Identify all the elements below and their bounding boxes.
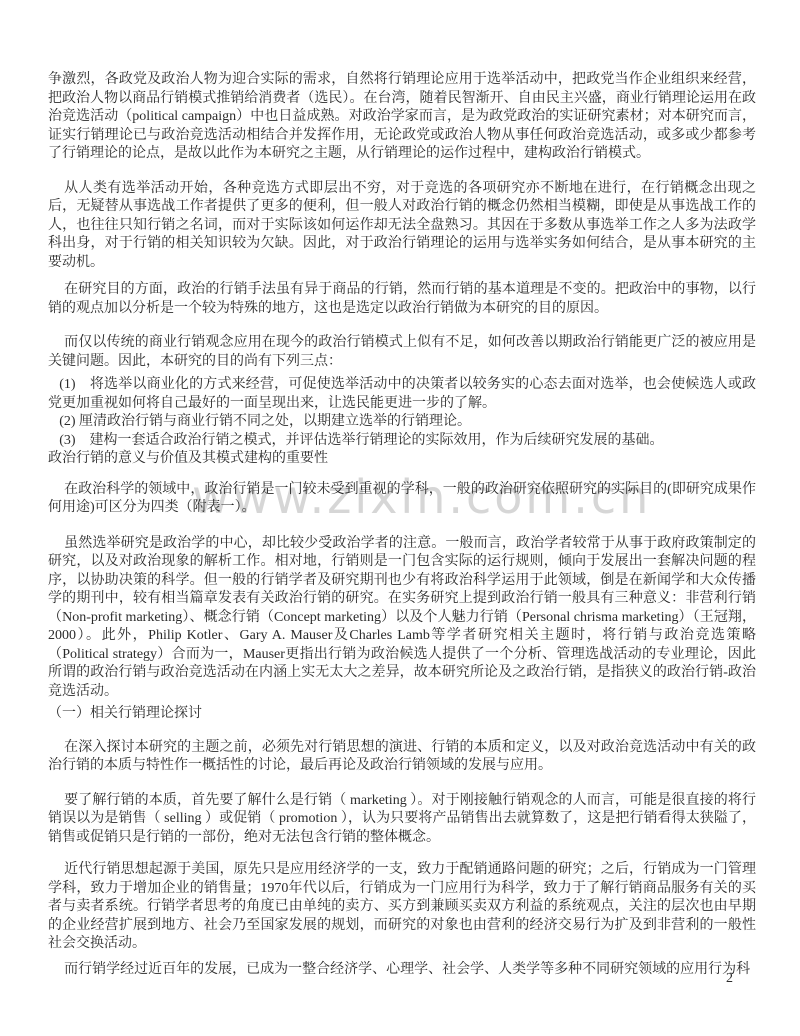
paragraph: 在政治科学的领域中，政治行销是一门较未受到重视的学科，一般的政治研究依照研究的实… [48, 481, 756, 518]
paragraph: 而行销学经过近百年的发展，已成为一整合经济学、心理学、社会学、人类学等多种不同研… [48, 961, 756, 980]
list-item: (2) 厘清政治行销与商业行销不同之处，以期建立选举的行销理论。 [48, 413, 756, 432]
list-item: (3) 建构一套适合政治行销之模式，并评估选举行销理论的实际效用，作为后续研究发… [48, 432, 756, 451]
paragraph: 而仅以传统的商业行销观念应用在现今的政治行销模式上似有不足，如何改善以期政治行销… [48, 334, 756, 371]
paragraph: 近代行销思想起源于美国，原先只是应用经济学的一支，致力于配销通路问题的研究；之后… [48, 861, 756, 954]
section-heading: 政治行销的意义与价值及其模式建构的重要性 [48, 450, 756, 469]
paragraph: 在深入探讨本研究的主题之前，必须先对行销思想的演进、行销的本质和定义，以及对政治… [48, 739, 756, 776]
paragraph: 从人类有选举活动开始，各种竞选方式即层出不穷，对于竞选的各项研究亦不断地在进行，… [48, 180, 756, 273]
paragraph: 争激烈，各政党及政治人物为迎合实际的需求，自然将行销理论应用于选举活动中，把政党… [48, 71, 756, 164]
document-page: www.zixin.com.cn 争激烈，各政党及政治人物为迎合实际的需求，自然… [0, 0, 800, 1036]
paragraph: 虽然选举研究是政治学的中心，却比较少受政治学者的注意。一般而言，政治学者较常于从… [48, 535, 756, 702]
list-item: (1) 将选举以商业化的方式来经营，可促使选举活动中的决策者以较务实的心态去面对… [48, 376, 756, 413]
subsection-heading: （一）相关行销理论探讨 [48, 705, 756, 724]
page-content: 争激烈，各政党及政治人物为迎合实际的需求，自然将行销理论应用于选举活动中，把政党… [48, 71, 756, 979]
paragraph: 要了解行销的本质，首先要了解什么是行销（ marketing ）。对于刚接触行销… [48, 792, 756, 848]
paragraph: 在研究目的方面，政治的行销手法虽有异于商品的行销，然而行销的基本道理是不变的。把… [48, 281, 756, 318]
page-number: 2 [726, 971, 733, 987]
